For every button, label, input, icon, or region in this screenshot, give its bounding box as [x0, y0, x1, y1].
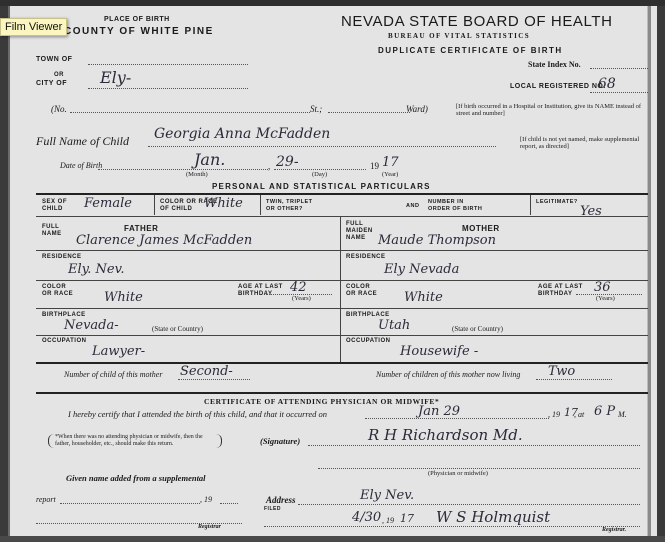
father-color-value: White — [104, 290, 143, 305]
viewer-bottom-bar — [0, 536, 665, 542]
father-occupation-label: OCCUPATION — [42, 338, 86, 345]
twin-label: TWIN, TRIPLET OR OTHER? — [266, 199, 316, 213]
father-state-caption: (State or Country) — [152, 325, 203, 333]
sex-value: Female — [84, 196, 132, 211]
street-label: St.; — [310, 104, 322, 114]
father-birthplace-value: Nevada- — [64, 318, 119, 333]
occurred-time-value: 6 P — [594, 404, 615, 419]
city-of-field — [88, 88, 248, 89]
father-heading: FATHER — [124, 224, 158, 233]
or-label: OR — [54, 72, 64, 78]
father-occupation-value: Lawyer- — [92, 344, 145, 359]
place-of-birth-label: PLACE OF BIRTH — [104, 16, 170, 23]
address-value: Ely Nev. — [360, 488, 414, 503]
address-label: Address — [266, 495, 296, 505]
filed-year-value: 17 — [400, 512, 414, 525]
at-label: , at — [574, 410, 584, 419]
certificate-page[interactable]: PLACE OF BIRTH COUNTY OF WHITE PINE TOWN… — [8, 6, 657, 536]
day-caption: (Day) — [312, 171, 327, 178]
table-top-rule — [36, 193, 648, 195]
dob-month-value: Jan. — [194, 150, 225, 169]
certificate-heading: CERTIFICATE OF ATTENDING PHYSICIAN OR MI… — [204, 397, 439, 406]
registrar-signature: W S Holmquist — [436, 508, 550, 526]
ward-label: Ward) — [406, 104, 428, 114]
dob-day-value: 29- — [276, 154, 299, 170]
film-viewer-tooltip: Film Viewer — [0, 18, 67, 36]
signature-value: R H Richardson Md. — [368, 426, 523, 444]
not-named-note: [If child is not yet named, make supplem… — [520, 136, 656, 150]
report-registrar-caption: Registrar — [198, 524, 221, 530]
hospital-note: [If birth occurred in a Hospital or Inst… — [456, 103, 652, 117]
mother-residence-value: Ely Nevada — [384, 262, 459, 277]
mother-residence-label: RESIDENCE — [346, 254, 386, 261]
legitimate-label: LEGITIMATE? — [536, 199, 578, 206]
occurred-year-prefix: , 19 — [548, 410, 560, 419]
local-registered-value: 68 — [598, 76, 616, 92]
filed-label: FILED — [264, 506, 281, 512]
mother-color-label: COLOR OR RACE — [346, 284, 380, 298]
local-registered-field — [590, 92, 648, 93]
father-residence-value: Ely. Nev. — [68, 262, 125, 277]
board-title: NEVADA STATE BOARD OF HEALTH — [341, 13, 613, 30]
mother-occupation-label: OCCUPATION — [346, 338, 390, 345]
mother-years-caption: (Years) — [596, 295, 615, 302]
full-name-value: Georgia Anna McFadden — [154, 126, 330, 142]
child-number-label: Number of child of this mother — [64, 370, 162, 379]
right-border — [647, 6, 651, 536]
certify-text: I hereby certify that I attended the bir… — [68, 409, 327, 419]
year-caption: (Year) — [382, 171, 398, 178]
father-name-label: FULL NAME — [42, 224, 72, 238]
father-color-label: COLOR OR RACE — [42, 284, 76, 298]
color-of-child-value: White — [204, 196, 243, 211]
report-label: report — [36, 495, 56, 504]
filed-date-value: 4/30 — [352, 510, 381, 525]
father-name-value: Clarence James McFadden — [76, 233, 252, 248]
document-title: DUPLICATE CERTIFICATE OF BIRTH — [378, 46, 563, 55]
month-caption: (Month) — [186, 171, 208, 178]
m-label: M. — [618, 410, 627, 419]
mother-birthplace-value: Utah — [378, 318, 410, 333]
town-of-label: TOWN OF — [36, 56, 72, 63]
father-age-value: 42 — [290, 280, 307, 295]
occurred-date-value: Jan 29 — [418, 404, 460, 419]
and-label: AND — [406, 203, 419, 210]
local-registered-label: LOCAL REGISTERED NO. — [510, 83, 606, 90]
mother-state-caption: (State or Country) — [452, 325, 503, 333]
order-of-birth-label: NUMBER IN ORDER OF BIRTH — [428, 199, 488, 213]
father-residence-label: RESIDENCE — [42, 254, 82, 261]
registrar-caption: Registrar. — [602, 527, 626, 533]
full-name-label: Full Name of Child — [36, 134, 129, 149]
footnote: *When there was no attending physician o… — [48, 434, 222, 448]
mother-color-value: White — [404, 290, 443, 305]
no-label: (No. — [51, 104, 67, 114]
dob-month-field — [98, 169, 268, 170]
father-years-caption: (Years) — [292, 295, 311, 302]
full-name-field — [148, 146, 496, 147]
city-of-label: CITY OF — [36, 80, 67, 87]
children-living-value: Two — [548, 364, 575, 379]
town-of-field — [88, 64, 248, 65]
given-name-note: Given name added from a supplemental — [66, 473, 206, 483]
street-no-field — [70, 112, 310, 113]
child-number-value: Second- — [180, 364, 233, 379]
parents-divider — [340, 216, 341, 362]
left-border — [8, 6, 10, 536]
mother-age-label: AGE AT LAST BIRTHDAY — [538, 284, 588, 298]
children-living-label: Number of children of this mother now li… — [376, 370, 520, 379]
film-viewer: PLACE OF BIRTH COUNTY OF WHITE PINE TOWN… — [0, 0, 665, 542]
dob-label: Date of Birth — [60, 161, 102, 170]
mother-name-value: Maude Thompson — [378, 233, 496, 248]
father-age-label: AGE AT LAST BIRTHDAY — [238, 284, 288, 298]
signature-label: (Signature) — [260, 436, 300, 446]
mother-occupation-value: Housewife - — [400, 344, 478, 359]
filed-year-prefix: , 19 — [382, 516, 394, 525]
city-value: Ely- — [100, 68, 131, 87]
bureau-title: BUREAU OF VITAL STATISTICS — [388, 32, 530, 40]
sex-label: SEX OF CHILD — [42, 199, 72, 213]
state-index-label: State Index No. — [528, 60, 581, 69]
mother-name-label: FULL MAIDEN NAME — [346, 221, 380, 242]
physician-caption: (Physician or midwife) — [428, 470, 488, 477]
state-index-field — [590, 68, 648, 69]
county-label: COUNTY OF WHITE PINE — [64, 26, 214, 37]
ward-field — [328, 112, 410, 113]
mother-heading: MOTHER — [462, 224, 500, 233]
mother-age-value: 36 — [594, 280, 611, 295]
dob-year-value: 17 — [382, 155, 399, 170]
dob-year-prefix: 19 — [370, 161, 379, 171]
report-year-prefix: , 19 — [200, 495, 212, 504]
particulars-heading: PERSONAL AND STATISTICAL PARTICULARS — [212, 182, 431, 191]
